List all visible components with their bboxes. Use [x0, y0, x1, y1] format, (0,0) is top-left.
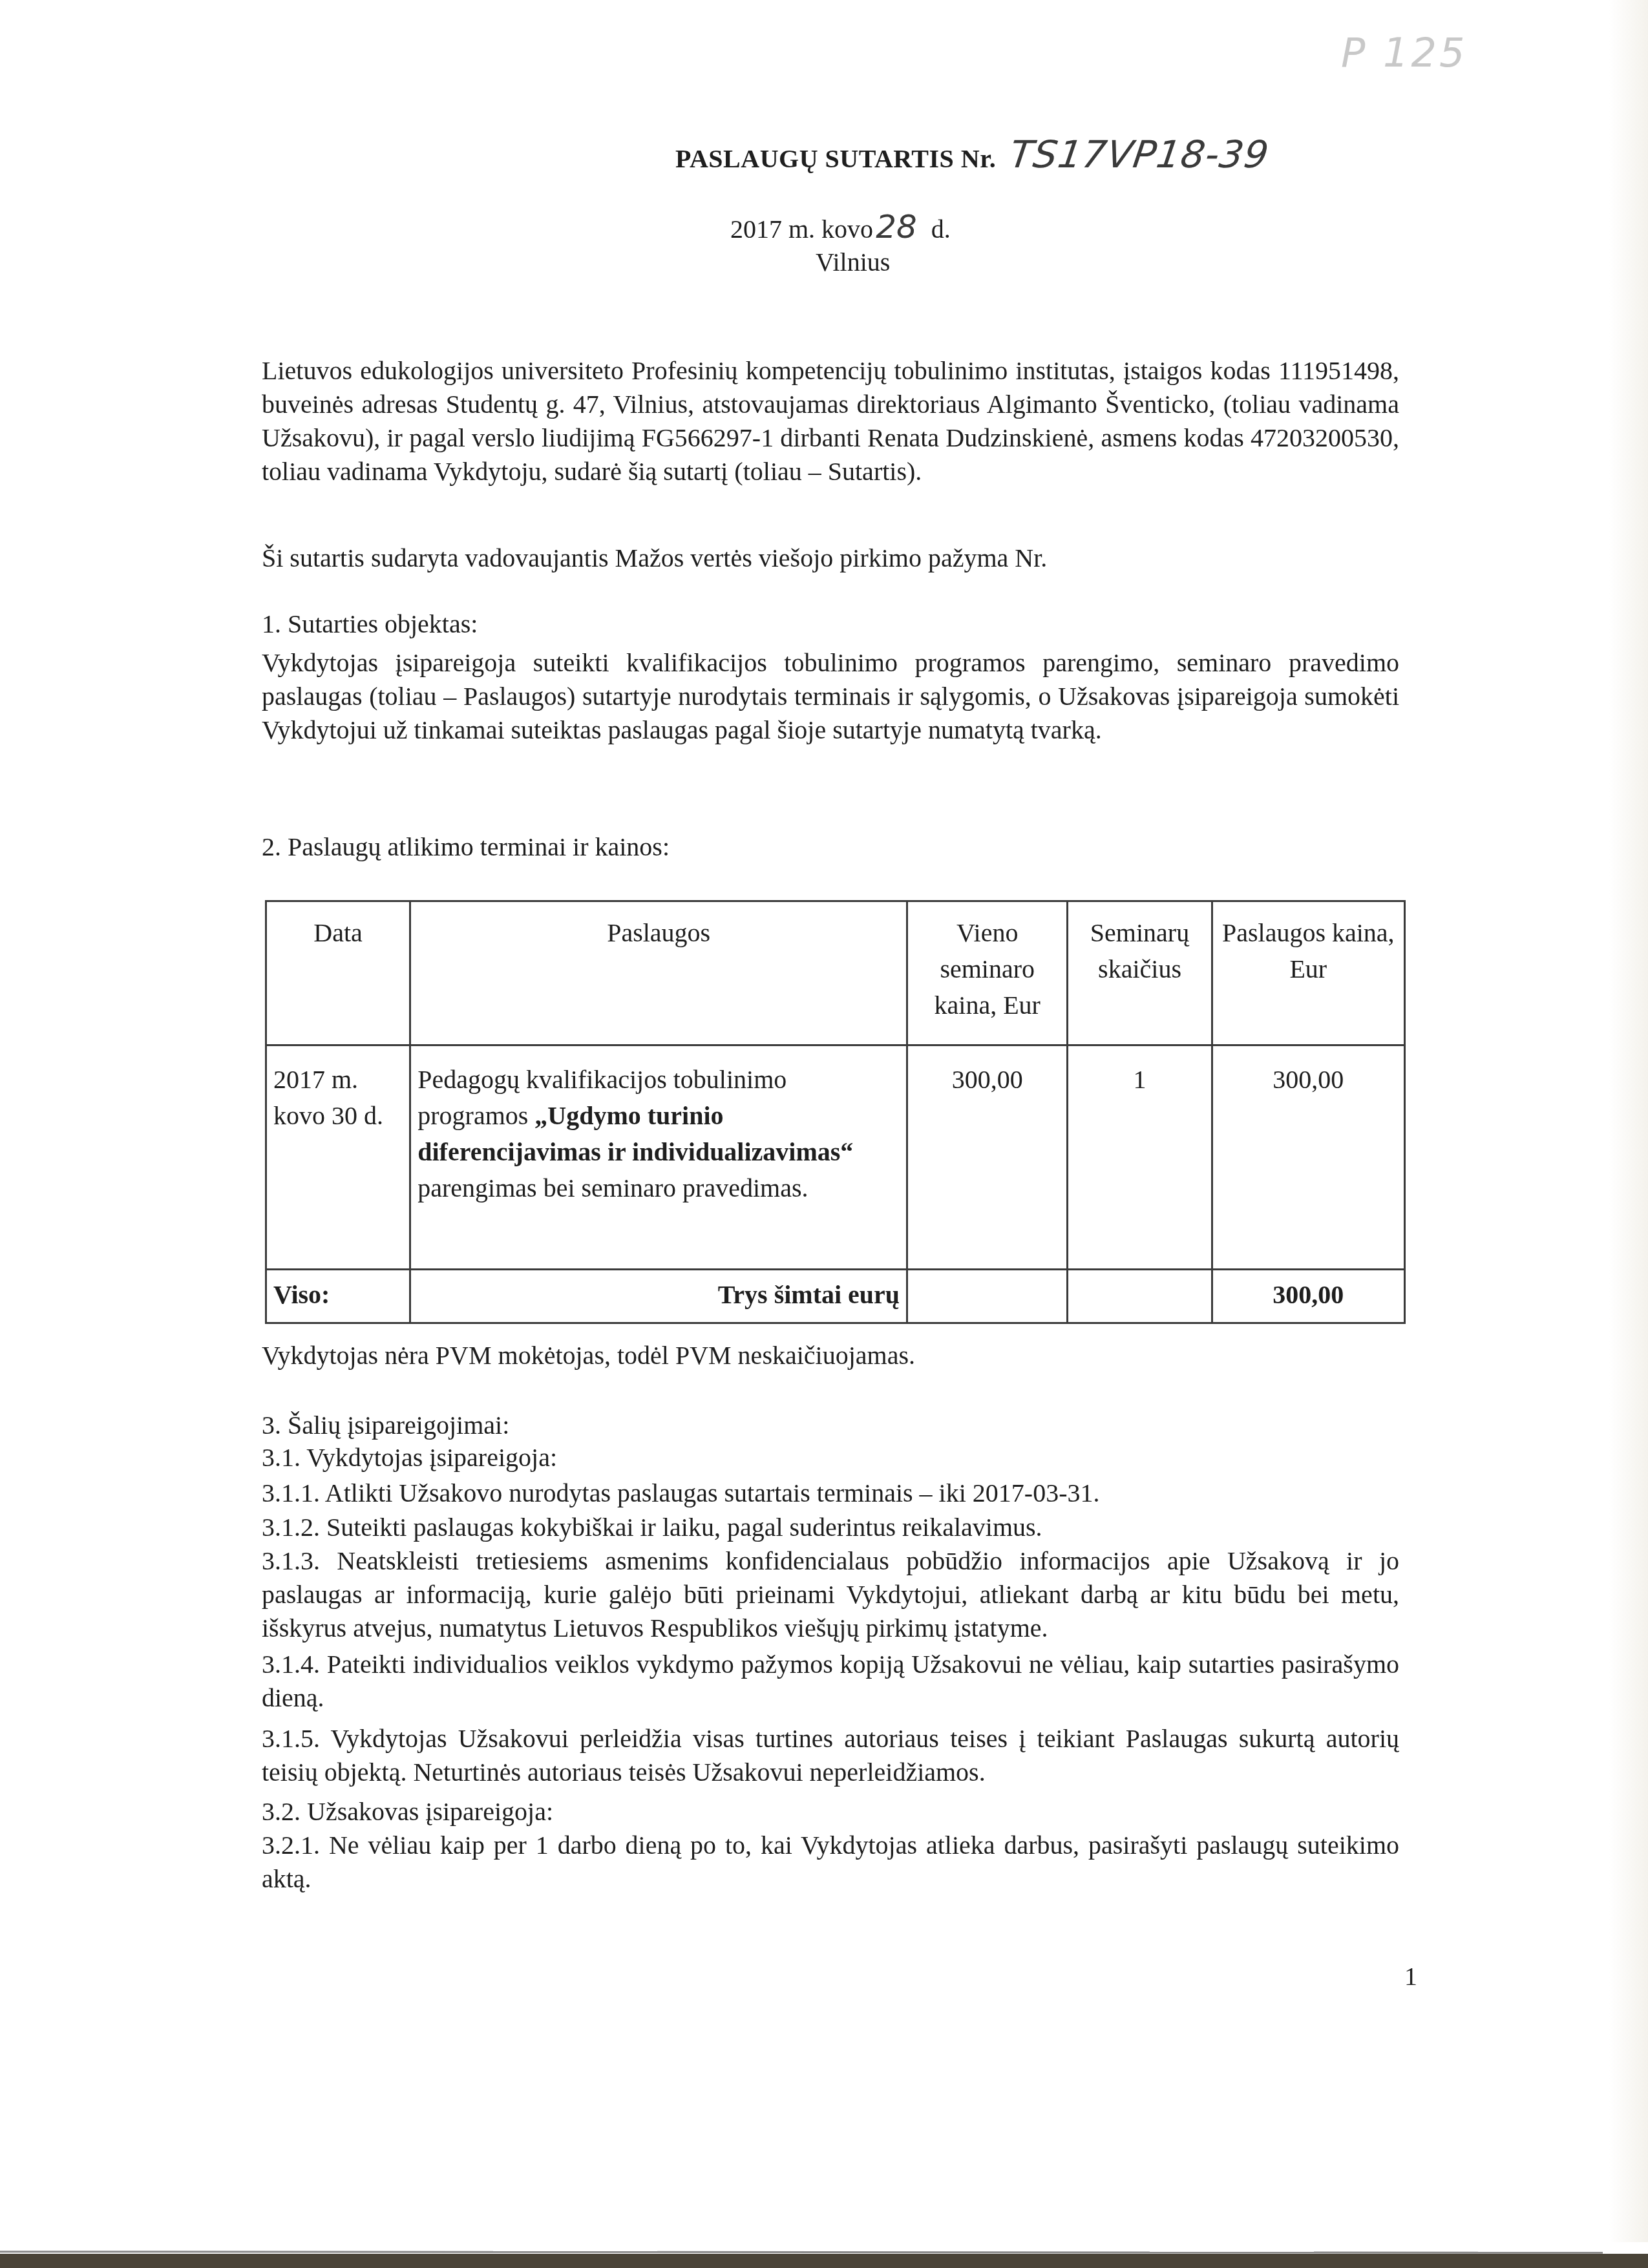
clause-3-1-4: 3.1.4. Pateikti individualios veiklos vy… — [262, 1648, 1399, 1715]
header-services: Paslaugos — [410, 901, 907, 1045]
contract-city: Vilnius — [816, 247, 890, 277]
handwritten-day: 28 — [876, 208, 917, 246]
table-total-row: Viso: Trys šimtai eurų 300,00 — [266, 1270, 1405, 1323]
scanned-page: P 125 PASLAUGŲ SUTARTIS Nr. TS17VP18-39 … — [0, 0, 1648, 2242]
intro-paragraph: Lietuvos edukologijos universiteto Profe… — [262, 354, 1399, 488]
section2-heading: 2. Paslaugų atlikimo terminai ir kainos: — [262, 830, 670, 864]
cell-unit-price: 300,00 — [907, 1045, 1068, 1270]
cell-date: 2017 m. kovo 30 d. — [266, 1045, 410, 1270]
header-seminar-count: Seminarų skaičius — [1068, 901, 1212, 1045]
scan-edge-shadow — [1609, 0, 1648, 2242]
clause-3-1-2: 3.1.2. Suteikti paslaugas kokybiškai ir … — [262, 1511, 1042, 1544]
cell-service-price: 300,00 — [1212, 1045, 1404, 1270]
contract-date: 2017 m. kovo28d. — [730, 208, 951, 246]
document-title: PASLAUGŲ SUTARTIS Nr. — [675, 144, 996, 173]
section3-1-heading: 3.1. Vykdytojas įsipareigoja: — [262, 1441, 557, 1475]
table-row: 2017 m. kovo 30 d. Pedagogų kvalifikacij… — [266, 1045, 1405, 1270]
header-date: Data — [266, 901, 410, 1045]
total-label: Viso: — [266, 1270, 410, 1323]
clause-3-1-5: 3.1.5. Vykdytojas Užsakovui perleidžia v… — [262, 1722, 1399, 1789]
document-title-line: PASLAUGŲ SUTARTIS Nr. TS17VP18-39 — [675, 132, 1269, 176]
services-table: Data Paslaugos Vieno seminaro kaina, Eur… — [265, 900, 1406, 1324]
total-amount-words: Trys šimtai eurų — [410, 1270, 907, 1323]
clause-3-2-1: 3.2.1. Ne vėliau kaip per 1 darbo dieną … — [262, 1829, 1399, 1896]
intro-basis: Ši sutartis sudaryta vadovaujantis Mažos… — [262, 541, 1047, 575]
header-unit-price: Vieno seminaro kaina, Eur — [907, 901, 1068, 1045]
total-unit-price — [907, 1270, 1068, 1323]
handwritten-page-reference: P 125 — [1341, 29, 1467, 76]
cell-service: Pedagogų kvalifikacijos tobulinimo progr… — [410, 1045, 907, 1270]
scan-bottom-border — [0, 2254, 1648, 2268]
table-header-row: Data Paslaugos Vieno seminaro kaina, Eur… — [266, 901, 1405, 1045]
section1-heading: 1. Sutarties objektas: — [262, 607, 478, 641]
total-seminar-count — [1068, 1270, 1212, 1323]
header-service-price: Paslaugos kaina, Eur — [1212, 901, 1404, 1045]
cell-seminar-count: 1 — [1068, 1045, 1212, 1270]
section3-2-heading: 3.2. Užsakovas įsipareigoja: — [262, 1795, 553, 1829]
date-prefix: 2017 m. kovo — [730, 215, 873, 244]
date-suffix: d. — [931, 215, 951, 244]
clause-3-1-3: 3.1.3. Neatskleisti tretiesiems asmenims… — [262, 1544, 1399, 1645]
section3-heading: 3. Šalių įsipareigojimai: — [262, 1409, 509, 1442]
vat-note: Vykdytojas nėra PVM mokėtojas, todėl PVM… — [262, 1339, 915, 1372]
service-suffix: parengimas bei seminaro pravedimas. — [417, 1173, 808, 1202]
section1-text: Vykdytojas įsipareigoja suteikti kvalifi… — [262, 646, 1399, 747]
page-number: 1 — [1404, 1961, 1417, 1991]
total-amount: 300,00 — [1212, 1270, 1404, 1323]
clause-3-1-1: 3.1.1. Atlikti Užsakovo nurodytas paslau… — [262, 1476, 1099, 1510]
handwritten-contract-number: TS17VP18-39 — [1007, 132, 1272, 176]
